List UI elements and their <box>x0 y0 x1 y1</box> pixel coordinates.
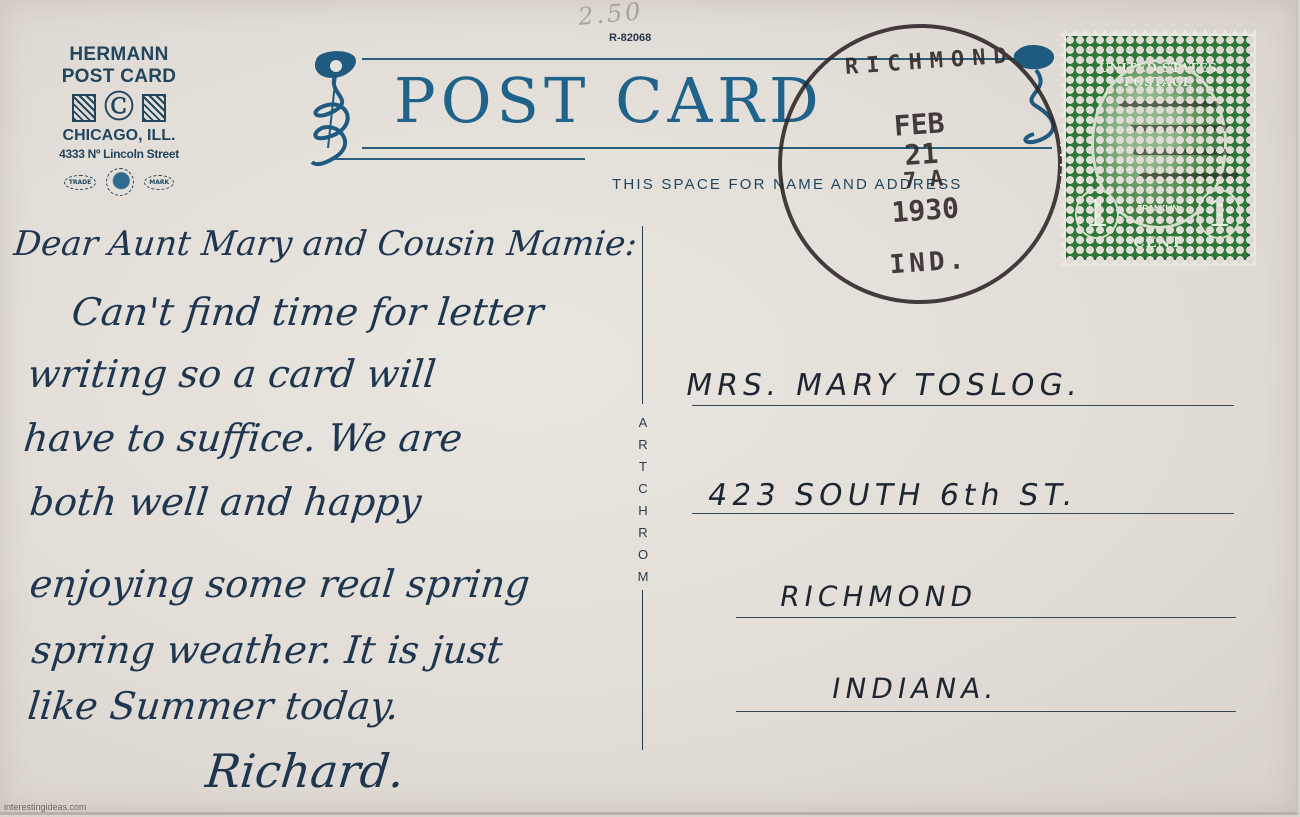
cancel-line-icon <box>1129 125 1229 131</box>
publisher-address: 4333 Nº Lincoln Street <box>44 146 194 162</box>
artchrom-vertical-label: ARTCHROM <box>636 412 650 588</box>
source-watermark: interestingideas.com <box>4 802 87 812</box>
address-rule-2 <box>692 513 1234 514</box>
message-line: enjoying some real spring <box>28 562 532 606</box>
address-rule-3 <box>736 617 1236 618</box>
message-line: Can't find time for letter <box>70 290 546 334</box>
postmark-year: 1930 <box>874 190 976 230</box>
address-rule-1 <box>692 405 1234 406</box>
message-line: both well and happy <box>28 480 424 524</box>
pencil-price-note: 2.50 <box>577 0 645 31</box>
cancel-line-icon <box>1119 101 1219 107</box>
trademark-left: TRADE <box>64 175 96 190</box>
postmark-town: RICHMOND <box>844 45 985 80</box>
message-line: have to suffice. We are <box>22 416 465 460</box>
stamp-denomination-left: 1 <box>1075 189 1119 239</box>
postage-stamp: UNITED STATES POSTAGE FRANKLIN 1 1 CENT <box>1060 30 1256 266</box>
message-line: writing so a card will <box>26 352 438 396</box>
address-city: RICHMOND <box>777 580 980 613</box>
postcard-back: HERMANN POST CARD Ⓒ CHICAGO, ILL. 4333 N… <box>0 0 1298 815</box>
publisher-city: CHICAGO, ILL. <box>44 126 194 146</box>
publisher-imprint: HERMANN POST CARD Ⓒ CHICAGO, ILL. 4333 N… <box>44 44 194 196</box>
trademark-head-icon <box>106 168 134 196</box>
publisher-name-line2: POST CARD <box>44 66 194 88</box>
address-recipient: MRS. MARY TOSLOG. <box>683 368 1085 403</box>
postcard-title: POST CARD <box>394 66 824 136</box>
stamp-denomination-right: 1 <box>1197 189 1241 239</box>
address-street: 423 SOUTH 6th ST. <box>705 478 1081 513</box>
center-divider-bottom <box>642 590 643 750</box>
message-line: spring weather. It is just <box>30 628 505 672</box>
message-line: like Summer today. <box>26 684 401 728</box>
cancel-line-icon <box>1133 149 1233 155</box>
art-nouveau-flower-icon <box>306 48 376 173</box>
center-divider-top <box>642 226 643 404</box>
publisher-name-line1: HERMANN <box>44 44 194 66</box>
publisher-logo: Ⓒ <box>44 92 194 124</box>
trademark-right: MARK <box>144 175 174 190</box>
trademark: TRADE MARK <box>44 168 194 196</box>
stamp-country: UNITED STATES POSTAGE <box>1069 61 1247 89</box>
header-rule-bottom-secondary <box>335 158 585 160</box>
signature: Richard. <box>203 744 407 798</box>
ornament-left-icon <box>72 94 96 122</box>
series-number: R-82068 <box>609 32 651 44</box>
message-line: Dear Aunt Mary and Cousin Mamie: <box>12 224 639 264</box>
monogram-logo-icon: Ⓒ <box>104 92 134 124</box>
address-state: INDIANA. <box>829 672 1002 705</box>
ornament-right-icon <box>142 94 166 122</box>
stamp-unit: CENT <box>1069 235 1247 251</box>
address-rule-4 <box>736 711 1236 712</box>
cancel-line-icon <box>1139 173 1239 179</box>
postmark-state: IND. <box>878 244 980 281</box>
stamp-face: UNITED STATES POSTAGE FRANKLIN 1 1 CENT <box>1066 36 1250 260</box>
